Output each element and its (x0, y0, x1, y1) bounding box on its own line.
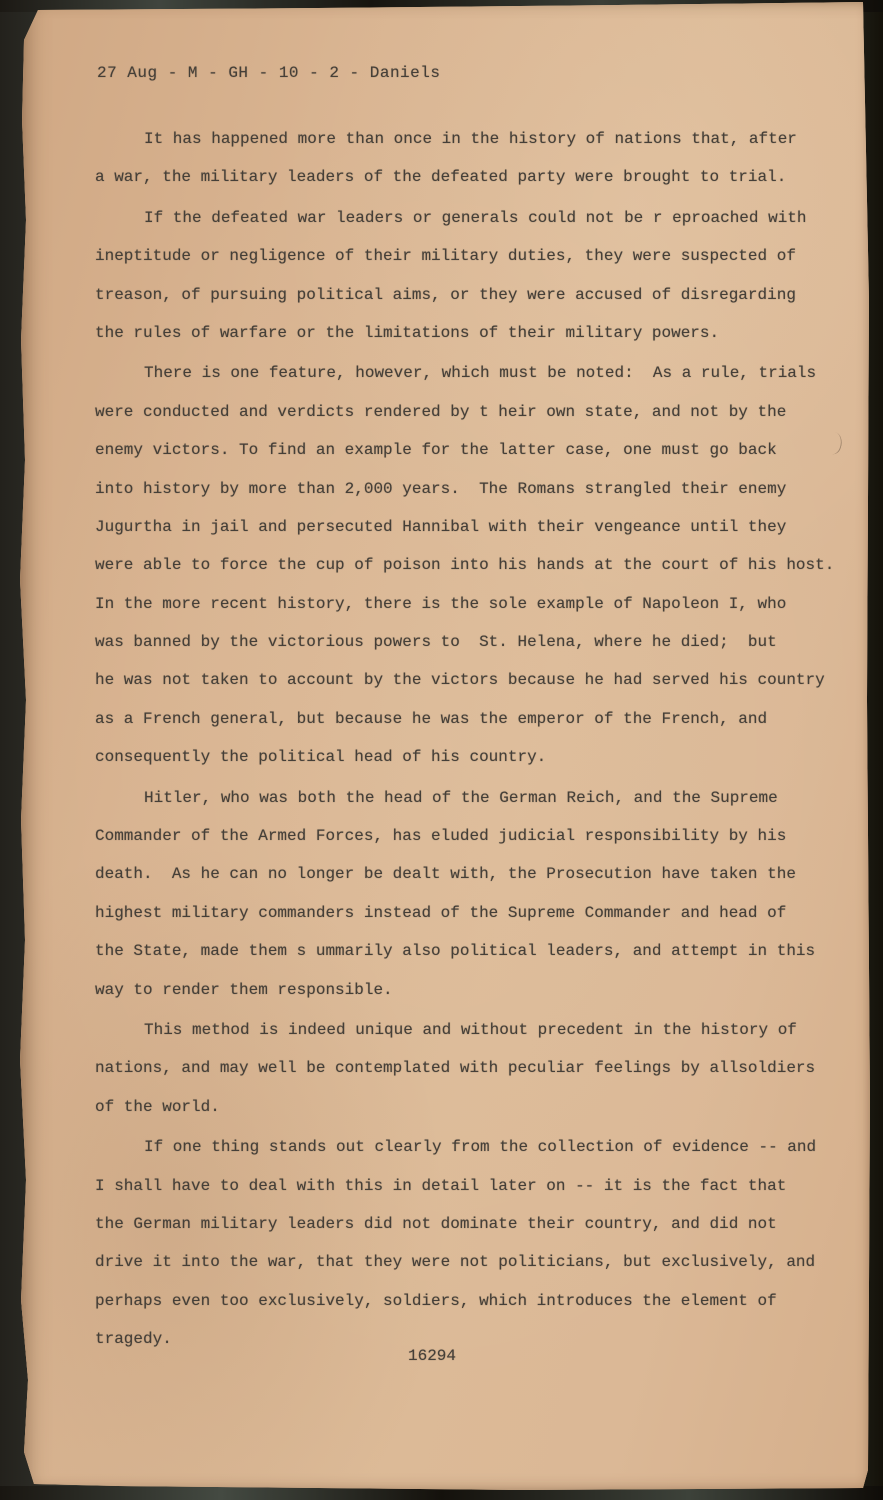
text-line: There is one feature, however, which mus… (95, 354, 883, 392)
text-line: highest military commanders instead of t… (95, 894, 883, 932)
text-line: were conducted and verdicts rendered by … (95, 393, 883, 431)
text-line: If one thing stands out clearly from the… (95, 1128, 883, 1166)
paragraph: It has happened more than once in the hi… (95, 120, 883, 197)
text-line: Hitler, who was both the head of the Ger… (95, 779, 883, 817)
document-body: It has happened more than once in the hi… (95, 120, 883, 1359)
text-line: way to render them responsible. (95, 971, 883, 1009)
text-line: the German military leaders did not domi… (95, 1205, 883, 1243)
text-line: treason, of pursuing political aims, or … (95, 276, 883, 314)
text-line: a war, the military leaders of the defea… (95, 158, 883, 196)
text-line: consequently the political head of his c… (95, 738, 883, 776)
text-line: were able to force the cup of poison int… (95, 546, 883, 584)
page-number: 16294 (18, 1344, 846, 1368)
paragraph: This method is indeed unique and without… (95, 1011, 883, 1126)
text-line: death. As he can no longer be dealt with… (95, 855, 883, 893)
paragraph: If the defeated war leaders or generals … (95, 199, 883, 353)
text-line: drive it into the war, that they were no… (95, 1243, 883, 1281)
paragraph: There is one feature, however, which mus… (95, 354, 883, 776)
document-page: 27 Aug - M - GH - 10 - 2 - Daniels It ha… (18, 0, 871, 1492)
text-line: If the defeated war leaders or generals … (95, 199, 883, 237)
scan-background: 27 Aug - M - GH - 10 - 2 - Daniels It ha… (0, 0, 883, 1500)
text-line: It has happened more than once in the hi… (95, 120, 883, 158)
text-line: nations, and may well be contemplated wi… (95, 1049, 883, 1087)
text-line: was banned by the victorious powers to S… (95, 623, 883, 661)
text-line: I shall have to deal with this in detail… (95, 1167, 883, 1205)
text-line: as a French general, but because he was … (95, 700, 883, 738)
text-line: the State, made them s ummarily also pol… (95, 932, 883, 970)
text-line: ineptitude or negligence of their milita… (95, 237, 883, 275)
text-line: into history by more than 2,000 years. T… (95, 470, 883, 508)
text-line: In the more recent history, there is the… (95, 585, 883, 623)
text-line: Jugurtha in jail and persecuted Hannibal… (95, 508, 883, 546)
text-line: This method is indeed unique and without… (95, 1011, 883, 1049)
text-line: he was not taken to account by the victo… (95, 661, 883, 699)
text-line: Commander of the Armed Forces, has elude… (95, 817, 883, 855)
text-line: of the world. (95, 1088, 883, 1126)
text-line: enemy victors. To find an example for th… (95, 431, 883, 469)
paragraph: If one thing stands out clearly from the… (95, 1128, 883, 1358)
text-line: the rules of warfare or the limitations … (95, 314, 883, 352)
paragraph: Hitler, who was both the head of the Ger… (95, 779, 883, 1009)
document-header: 27 Aug - M - GH - 10 - 2 - Daniels (97, 64, 440, 82)
text-line: perhaps even too exclusively, soldiers, … (95, 1282, 883, 1320)
